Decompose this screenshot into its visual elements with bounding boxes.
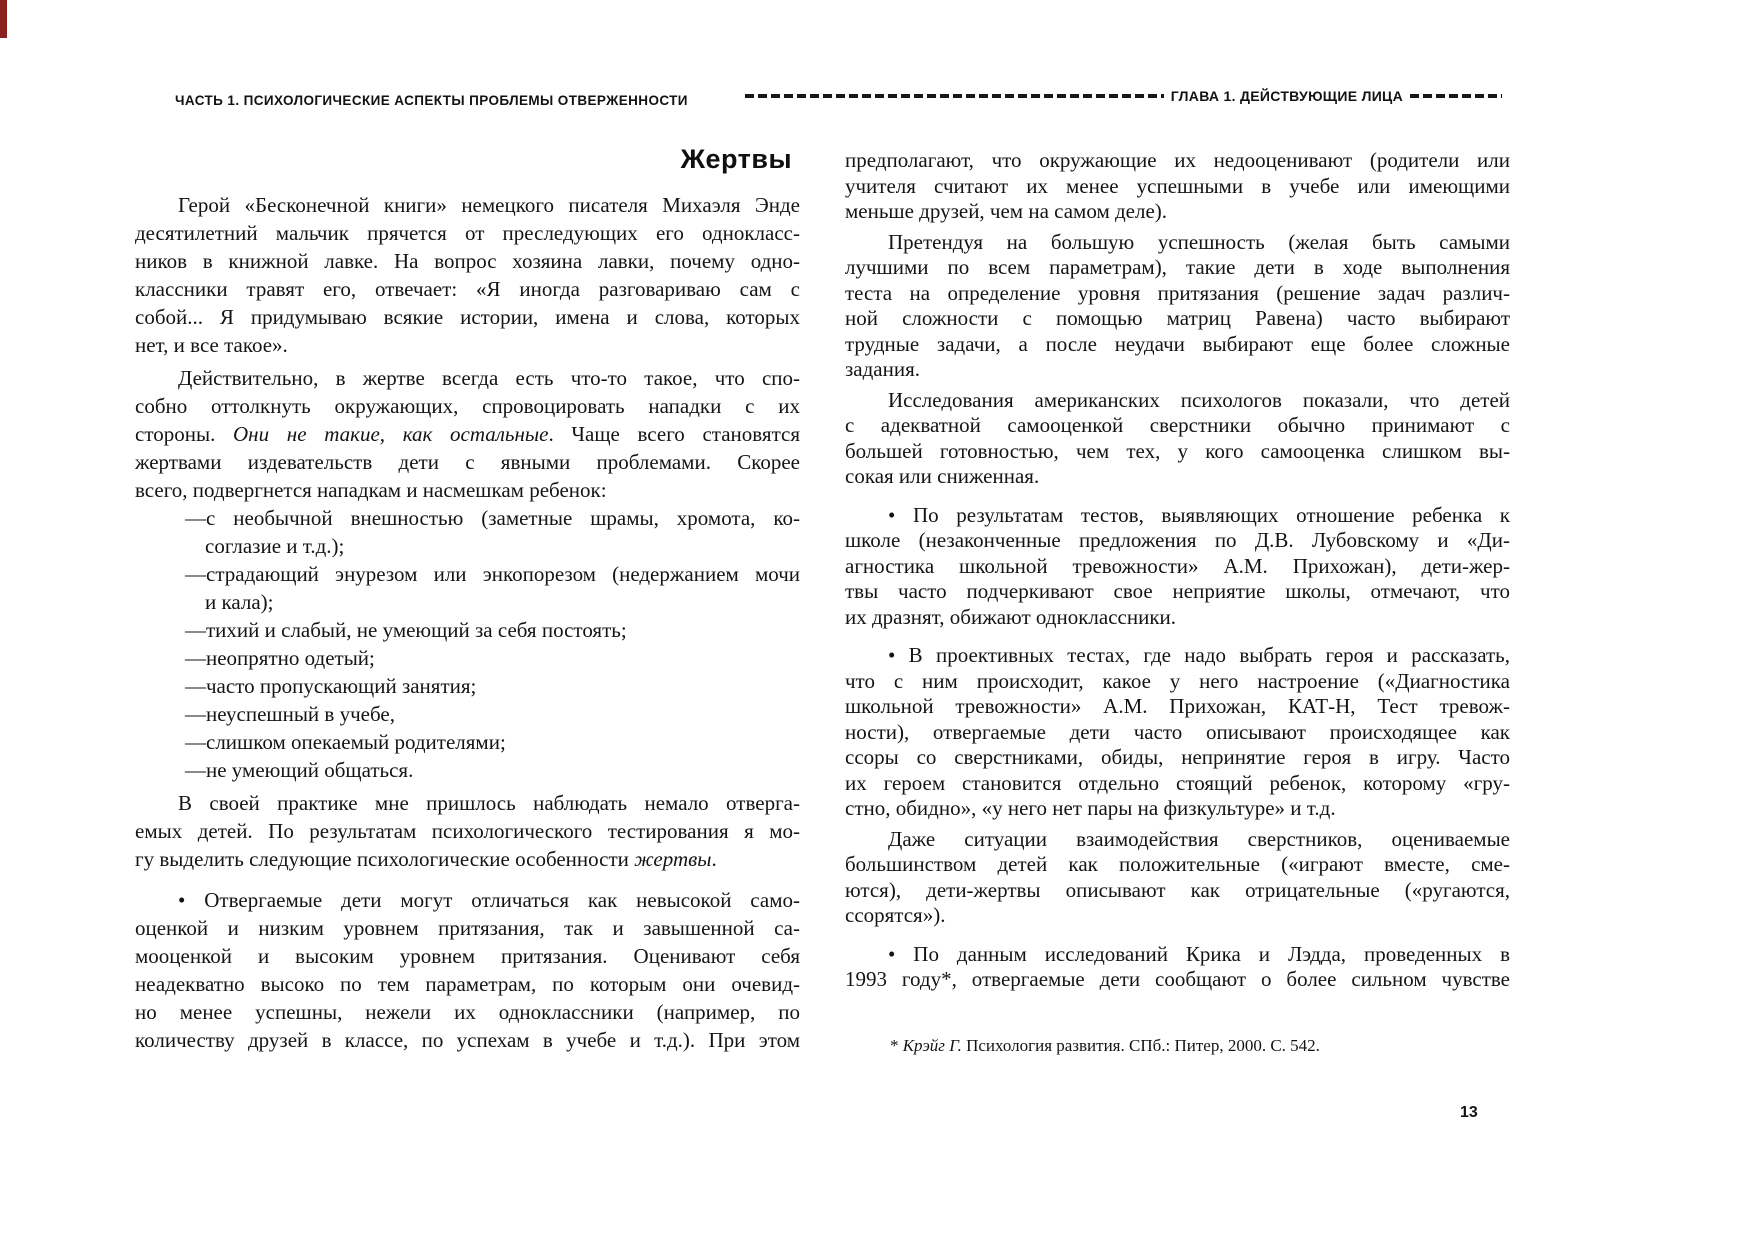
text: гу выделить следующие психологические ос… <box>135 847 634 871</box>
text-line: нет, и все такое». <box>135 331 800 359</box>
text-line: оценкой и низким уровнем притязания, так… <box>135 914 800 942</box>
text: нет, и все такое». <box>135 333 288 357</box>
text: Психология развития. СПб.: Питер, 2000. … <box>962 1036 1320 1055</box>
paragraph: Исследования американских психологов пок… <box>845 388 1510 490</box>
text-line: ников в книжной лавке. На вопрос хозяина… <box>135 247 800 275</box>
right-column-text: предполагают, что окружающие их недооцен… <box>845 148 1510 993</box>
text-line: Исследования американских психологов пок… <box>845 388 1510 414</box>
text: . Чаще всего становятся <box>548 422 800 446</box>
text-line: ссорятся»). <box>845 903 1510 929</box>
text-line: школе (незаконченные предложения по Д.В.… <box>845 528 1510 554</box>
section-heading: Жертвы <box>135 142 800 176</box>
text-line: —слишком опекаемый родителями; <box>205 728 800 756</box>
text: —неопрятно одетый; <box>185 646 375 670</box>
text: соглазие и т.д.); <box>205 534 344 558</box>
text: всего, подвергнется нападкам и насмешкам… <box>135 478 607 502</box>
text-line: мооценкой и высоким уровнем притязания. … <box>135 942 800 970</box>
right-column: предполагают, что окружающие их недооцен… <box>845 148 1510 1057</box>
running-head-left-title: ЧАСТЬ 1. ПСИХОЛОГИЧЕСКИЕ АСПЕКТЫ ПРОБЛЕМ… <box>175 93 688 108</box>
paragraph: предполагают, что окружающие их недооцен… <box>845 148 1510 225</box>
text: предполагают, что окружающие их недооцен… <box>845 148 1510 172</box>
text: В своей практике мне пришлось наблюдать … <box>178 791 800 815</box>
text: теста на определение уровня притязания (… <box>845 281 1510 305</box>
text: Действительно, в жертве всегда есть что-… <box>178 366 800 390</box>
text: ности), отвергаемые дети часто описывают… <box>845 720 1510 744</box>
text-line: с адекватной самооценкой сверстники обыч… <box>845 413 1510 439</box>
paragraph: • По данным исследований Крика и Лэдда, … <box>845 942 1510 993</box>
list-item: —страдающий энурезом или энкопорезом (не… <box>135 560 800 616</box>
page-number: 13 <box>1460 1104 1478 1122</box>
text-line: —страдающий энурезом или энкопорезом (не… <box>205 560 800 588</box>
text: учителя считают их менее успешными в уче… <box>845 174 1510 198</box>
text-line: собой... Я придумываю всякие истории, им… <box>135 303 800 331</box>
text: оценкой и низким уровнем притязания, так… <box>135 916 800 940</box>
text-line: трудные задачи, а после неудачи выбирают… <box>845 332 1510 358</box>
text: но менее успешны, нежели их одноклассник… <box>135 1000 800 1024</box>
text-line: предполагают, что окружающие их недооцен… <box>845 148 1510 174</box>
text-line: лучшими по всем параметрам), такие дети … <box>845 255 1510 281</box>
left-column: Жертвы Герой «Бесконечной книги» немецко… <box>135 142 800 1054</box>
text: сокая или сниженная. <box>845 464 1039 488</box>
text: * <box>890 1036 903 1055</box>
text: школьной тревожности» А.М. Прихожан, КАТ… <box>845 694 1510 718</box>
text: классники травят его, отвечает: «Я иногд… <box>135 277 800 301</box>
text: • В проективных тестах, где надо выбрать… <box>888 643 1510 667</box>
text: —не умеющий общаться. <box>185 758 413 782</box>
text: • Отвергаемые дети могут отличаться как … <box>178 888 800 912</box>
text: их дразнят, обижают одноклассники. <box>845 605 1176 629</box>
text: задания. <box>845 357 920 381</box>
text-line: —не умеющий общаться. <box>205 756 800 784</box>
text-line: что с ним происходит, какое у него настр… <box>845 669 1510 695</box>
text-line: теста на определение уровня притязания (… <box>845 281 1510 307</box>
text-line: Претендуя на большую успешность (желая б… <box>845 230 1510 256</box>
text-line: —тихий и слабый, не умеющий за себя пост… <box>205 616 800 644</box>
text-line: В своей практике мне пришлось наблюдать … <box>135 789 800 817</box>
left-column-text: Герой «Бесконечной книги» немецкого писа… <box>135 191 800 1054</box>
text-line: 1993 году*, отвергаемые дети сообщают о … <box>845 967 1510 993</box>
text: ссоры со сверстниками, обиды, непринятие… <box>845 745 1510 769</box>
paragraph: Претендуя на большую успешность (желая б… <box>845 230 1510 383</box>
text-line: агностика школьной тревожности» А.М. При… <box>845 554 1510 580</box>
paragraph: Действительно, в жертве всегда есть что-… <box>135 364 800 504</box>
list-item: —неопрятно одетый; <box>135 644 800 672</box>
italic-text: Крэйг Г. <box>903 1036 962 1055</box>
text: —с необычной внешностью (заметные шрамы,… <box>185 506 800 530</box>
text-line: жертвами издевательств дети с явными про… <box>135 448 800 476</box>
text: агностика школьной тревожности» А.М. При… <box>845 554 1510 578</box>
text: —страдающий энурезом или энкопорезом (не… <box>185 562 800 586</box>
text: что с ним происходит, какое у него настр… <box>845 669 1510 693</box>
text-line: их дразнят, обижают одноклассники. <box>845 605 1510 631</box>
text: • По результатам тестов, выявляющих отно… <box>888 503 1510 527</box>
text: Исследования американских психологов пок… <box>888 388 1510 412</box>
text: большинством детей как положительные («и… <box>845 852 1510 876</box>
text: собно оттолкнуть окружающих, спровоциров… <box>135 394 800 418</box>
text: —тихий и слабый, не умеющий за себя пост… <box>185 618 627 642</box>
text: трудные задачи, а после неудачи выбирают… <box>845 332 1510 356</box>
text-line: десятилетний мальчик прячется от преслед… <box>135 219 800 247</box>
text: школе (незаконченные предложения по Д.В.… <box>845 528 1510 552</box>
text-line: • В проективных тестах, где надо выбрать… <box>845 643 1510 669</box>
scan-red-edge-artifact <box>0 0 7 38</box>
paragraph: • В проективных тестах, где надо выбрать… <box>845 643 1510 822</box>
paragraph: Даже ситуации взаимодействия сверстников… <box>845 827 1510 929</box>
text-line: и кала); <box>205 588 800 616</box>
text: мооценкой и высоким уровнем притязания. … <box>135 944 800 968</box>
text: ссорятся»). <box>845 903 945 927</box>
text: и кала); <box>205 590 274 614</box>
text: стно, обидно», «у него нет пары на физку… <box>845 796 1336 820</box>
text-line: учителя считают их менее успешными в уче… <box>845 174 1510 200</box>
text: ются), дети-жертвы описывают как отрицат… <box>845 878 1510 902</box>
list-item: —не умеющий общаться. <box>135 756 800 784</box>
paragraph: • Отвергаемые дети могут отличаться как … <box>135 886 800 1054</box>
header-dash-line-long <box>745 94 1164 98</box>
text-line: соглазие и т.д.); <box>205 532 800 560</box>
italic-text: Они не такие, как остальные <box>233 422 548 446</box>
text: ной сложности с помощью матриц Равена) ч… <box>845 306 1510 330</box>
list-item: —слишком опекаемый родителями; <box>135 728 800 756</box>
text: . <box>711 847 716 871</box>
text-line: всего, подвергнется нападкам и насмешкам… <box>135 476 800 504</box>
text-line: но менее успешны, нежели их одноклассник… <box>135 998 800 1026</box>
text-line: ссоры со сверстниками, обиды, непринятие… <box>845 745 1510 771</box>
text-line: школьной тревожности» А.М. Прихожан, КАТ… <box>845 694 1510 720</box>
text: Претендуя на большую успешность (желая б… <box>888 230 1510 254</box>
text: ников в книжной лавке. На вопрос хозяина… <box>135 249 800 273</box>
text: стороны. <box>135 422 233 446</box>
running-head-right: ГЛАВА 1. ДЕЙСТВУЮЩИЕ ЛИЦА <box>745 88 1502 104</box>
text-line: —неуспешный в учебе, <box>205 700 800 728</box>
text: их героем становится отдельно стоящий ре… <box>845 771 1510 795</box>
text-line: задания. <box>845 357 1510 383</box>
paragraph: • По результатам тестов, выявляющих отно… <box>845 503 1510 631</box>
paragraph: В своей практике мне пришлось наблюдать … <box>135 789 800 873</box>
list-item: —тихий и слабый, не умеющий за себя пост… <box>135 616 800 644</box>
text: неадекватно высоко по тем параметрам, по… <box>135 972 800 996</box>
text: • По данным исследований Крика и Лэдда, … <box>888 942 1510 966</box>
text-line: стороны. Они не такие, как остальные. Ча… <box>135 420 800 448</box>
text: с адекватной самооценкой сверстники обыч… <box>845 413 1510 437</box>
text-line: Герой «Бесконечной книги» немецкого писа… <box>135 191 800 219</box>
footnote: * Крэйг Г. Психология развития. СПб.: Пи… <box>845 1035 1510 1057</box>
text: —часто пропускающий занятия; <box>185 674 476 698</box>
text-line: • По данным исследований Крика и Лэдда, … <box>845 942 1510 968</box>
italic-text: жертвы <box>634 847 711 871</box>
text: десятилетний мальчик прячется от преслед… <box>135 221 800 245</box>
text-line: • Отвергаемые дети могут отличаться как … <box>135 886 800 914</box>
text-line: Действительно, в жертве всегда есть что-… <box>135 364 800 392</box>
text: собой... Я придумываю всякие истории, им… <box>135 305 800 329</box>
text-line: гу выделить следующие психологические ос… <box>135 845 800 873</box>
text-line: большей готовностью, чем тех, у кого сам… <box>845 439 1510 465</box>
text-line: количеству друзей в классе, по успехам в… <box>135 1026 800 1054</box>
text: жертвами издевательств дети с явными про… <box>135 450 800 474</box>
text: Даже ситуации взаимодействия сверстников… <box>888 827 1510 851</box>
running-head-left: ЧАСТЬ 1. ПСИХОЛОГИЧЕСКИЕ АСПЕКТЫ ПРОБЛЕМ… <box>175 93 688 108</box>
paragraph: Герой «Бесконечной книги» немецкого писа… <box>135 191 800 359</box>
text-line: ности), отвергаемые дети часто описывают… <box>845 720 1510 746</box>
text: лучшими по всем параметрам), такие дети … <box>845 255 1510 279</box>
list-item: —неуспешный в учебе, <box>135 700 800 728</box>
text-line: неадекватно высоко по тем параметрам, по… <box>135 970 800 998</box>
text: меньше друзей, чем на самом деле). <box>845 199 1167 223</box>
list-item: —с необычной внешностью (заметные шрамы,… <box>135 504 800 560</box>
text-line: емых детей. По результатам психологическ… <box>135 817 800 845</box>
text-line: большинством детей как положительные («и… <box>845 852 1510 878</box>
text: твы часто подчеркивают свое неприятие шк… <box>845 579 1510 603</box>
text-line: Даже ситуации взаимодействия сверстников… <box>845 827 1510 853</box>
text-line: • По результатам тестов, выявляющих отно… <box>845 503 1510 529</box>
text-line: собно оттолкнуть окружающих, спровоциров… <box>135 392 800 420</box>
text: количеству друзей в классе, по успехам в… <box>135 1028 800 1052</box>
text-line: стно, обидно», «у него нет пары на физку… <box>845 796 1510 822</box>
text-line: твы часто подчеркивают свое неприятие шк… <box>845 579 1510 605</box>
text-line: —неопрятно одетый; <box>205 644 800 672</box>
text: емых детей. По результатам психологическ… <box>135 819 800 843</box>
running-head-right-title: ГЛАВА 1. ДЕЙСТВУЮЩИЕ ЛИЦА <box>1171 88 1403 104</box>
text-line: классники травят его, отвечает: «Я иногд… <box>135 275 800 303</box>
text: большей готовностью, чем тех, у кого сам… <box>845 439 1510 463</box>
text-line: —с необычной внешностью (заметные шрамы,… <box>205 504 800 532</box>
text: —неуспешный в учебе, <box>185 702 395 726</box>
text-line: сокая или сниженная. <box>845 464 1510 490</box>
header-dash-line-short <box>1410 94 1502 98</box>
scanned-book-page: { "page": { "background": "#ffffff", "te… <box>0 0 1753 1241</box>
text-line: ются), дети-жертвы описывают как отрицат… <box>845 878 1510 904</box>
text-line: ной сложности с помощью матриц Равена) ч… <box>845 306 1510 332</box>
text-line: их героем становится отдельно стоящий ре… <box>845 771 1510 797</box>
text-line: меньше друзей, чем на самом деле). <box>845 199 1510 225</box>
text: Герой «Бесконечной книги» немецкого писа… <box>178 193 800 217</box>
text: 1993 году*, отвергаемые дети сообщают о … <box>845 967 1510 991</box>
text-line: —часто пропускающий занятия; <box>205 672 800 700</box>
list-item: —часто пропускающий занятия; <box>135 672 800 700</box>
text: —слишком опекаемый родителями; <box>185 730 506 754</box>
